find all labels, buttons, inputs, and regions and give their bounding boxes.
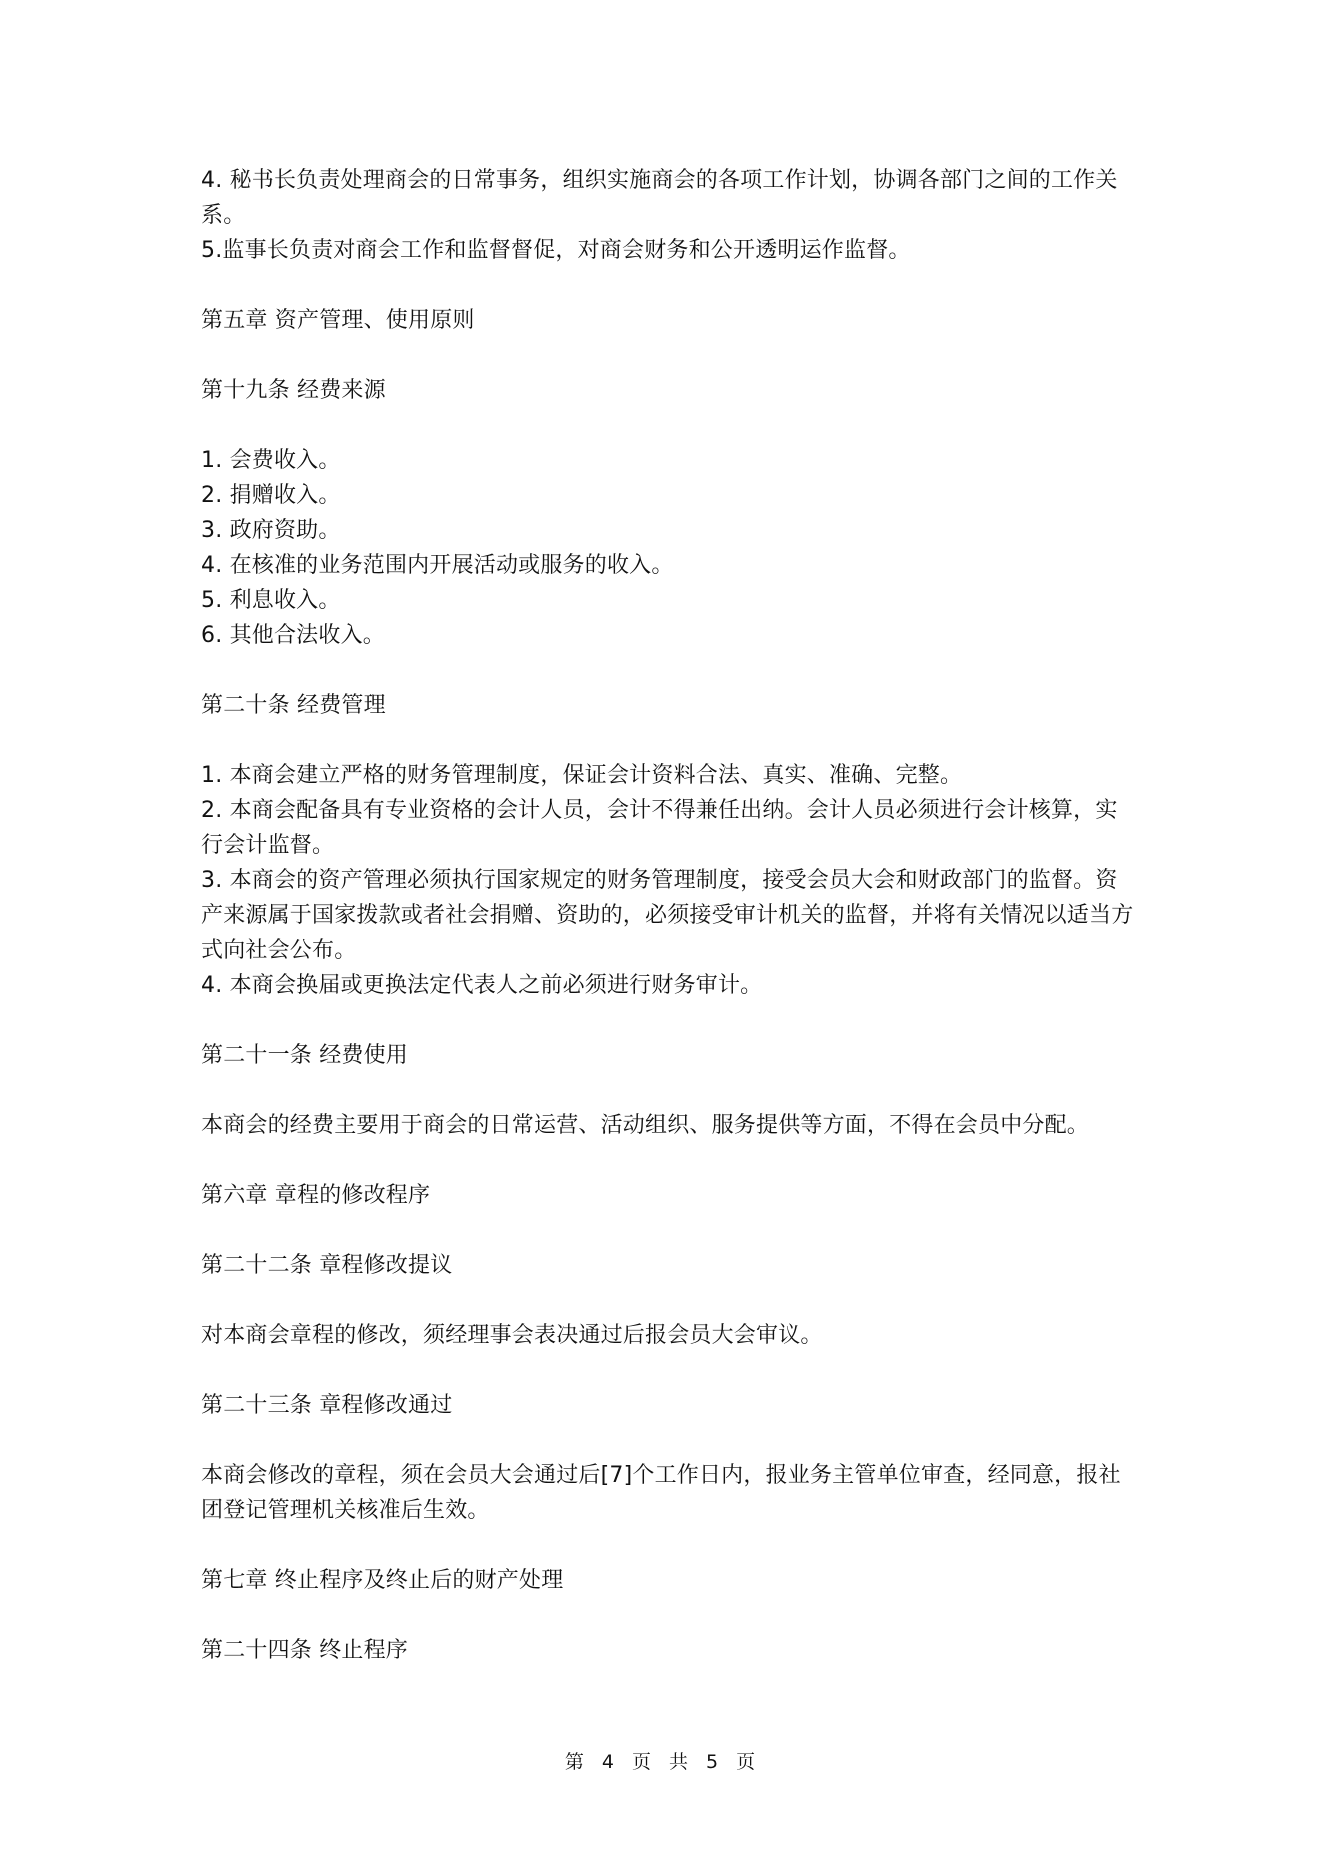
paragraph: 对本商会章程的修改，须经理事会表决通过后报会员大会审议。: [201, 1318, 1136, 1353]
paragraph-spacer: [201, 1598, 1136, 1633]
paragraph-spacer: [201, 1213, 1136, 1248]
paragraph: 4. 本商会换届或更换法定代表人之前必须进行财务审计。: [201, 968, 1136, 1003]
paragraph: 3. 政府资助。: [201, 513, 1136, 548]
paragraph-spacer: [201, 338, 1136, 373]
paragraph: 本商会的经费主要用于商会的日常运营、活动组织、服务提供等方面，不得在会员中分配。: [201, 1108, 1136, 1143]
page-footer: 第 4 页 共 5 页: [0, 1747, 1323, 1774]
paragraph-spacer: [201, 1353, 1136, 1388]
paragraph-spacer: [201, 1283, 1136, 1318]
paragraph-spacer: [201, 408, 1136, 443]
paragraph: 2. 捐赠收入。: [201, 478, 1136, 513]
paragraph: 6. 其他合法收入。: [201, 618, 1136, 653]
paragraph: 本商会修改的章程，须在会员大会通过后[7]个工作日内，报业务主管单位审查，经同意…: [201, 1458, 1136, 1528]
section-heading: 第六章 章程的修改程序: [201, 1178, 1136, 1213]
paragraph: 1. 本商会建立严格的财务管理制度，保证会计资料合法、真实、准确、完整。: [201, 758, 1136, 793]
paragraph-spacer: [201, 1528, 1136, 1563]
paragraph: 4. 在核准的业务范围内开展活动或服务的收入。: [201, 548, 1136, 583]
paragraph-spacer: [201, 1073, 1136, 1108]
paragraph: 4. 秘书长负责处理商会的日常事务，组织实施商会的各项工作计划，协调各部门之间的…: [201, 163, 1136, 233]
section-heading: 第二十条 经费管理: [201, 688, 1136, 723]
paragraph: 5.监事长负责对商会工作和监督督促，对商会财务和公开透明运作监督。: [201, 233, 1136, 268]
paragraph: 2. 本商会配备具有专业资格的会计人员，会计不得兼任出纳。会计人员必须进行会计核…: [201, 793, 1136, 863]
paragraph-spacer: [201, 268, 1136, 303]
paragraph: 3. 本商会的资产管理必须执行国家规定的财务管理制度，接受会员大会和财政部门的监…: [201, 863, 1136, 968]
paragraph: 5. 利息收入。: [201, 583, 1136, 618]
paragraph-spacer: [201, 653, 1136, 688]
paragraph-spacer: [201, 1423, 1136, 1458]
paragraph-spacer: [201, 1003, 1136, 1038]
paragraph: 1. 会费收入。: [201, 443, 1136, 478]
section-heading: 第二十四条 终止程序: [201, 1633, 1136, 1668]
section-heading: 第五章 资产管理、使用原则: [201, 303, 1136, 338]
section-heading: 第二十三条 章程修改通过: [201, 1388, 1136, 1423]
section-heading: 第七章 终止程序及终止后的财产处理: [201, 1563, 1136, 1598]
section-heading: 第十九条 经费来源: [201, 373, 1136, 408]
paragraph-spacer: [201, 1143, 1136, 1178]
section-heading: 第二十一条 经费使用: [201, 1038, 1136, 1073]
document-body: 4. 秘书长负责处理商会的日常事务，组织实施商会的各项工作计划，协调各部门之间的…: [201, 163, 1136, 1668]
paragraph-spacer: [201, 723, 1136, 758]
document-page: 4. 秘书长负责处理商会的日常事务，组织实施商会的各项工作计划，协调各部门之间的…: [0, 0, 1323, 1871]
section-heading: 第二十二条 章程修改提议: [201, 1248, 1136, 1283]
